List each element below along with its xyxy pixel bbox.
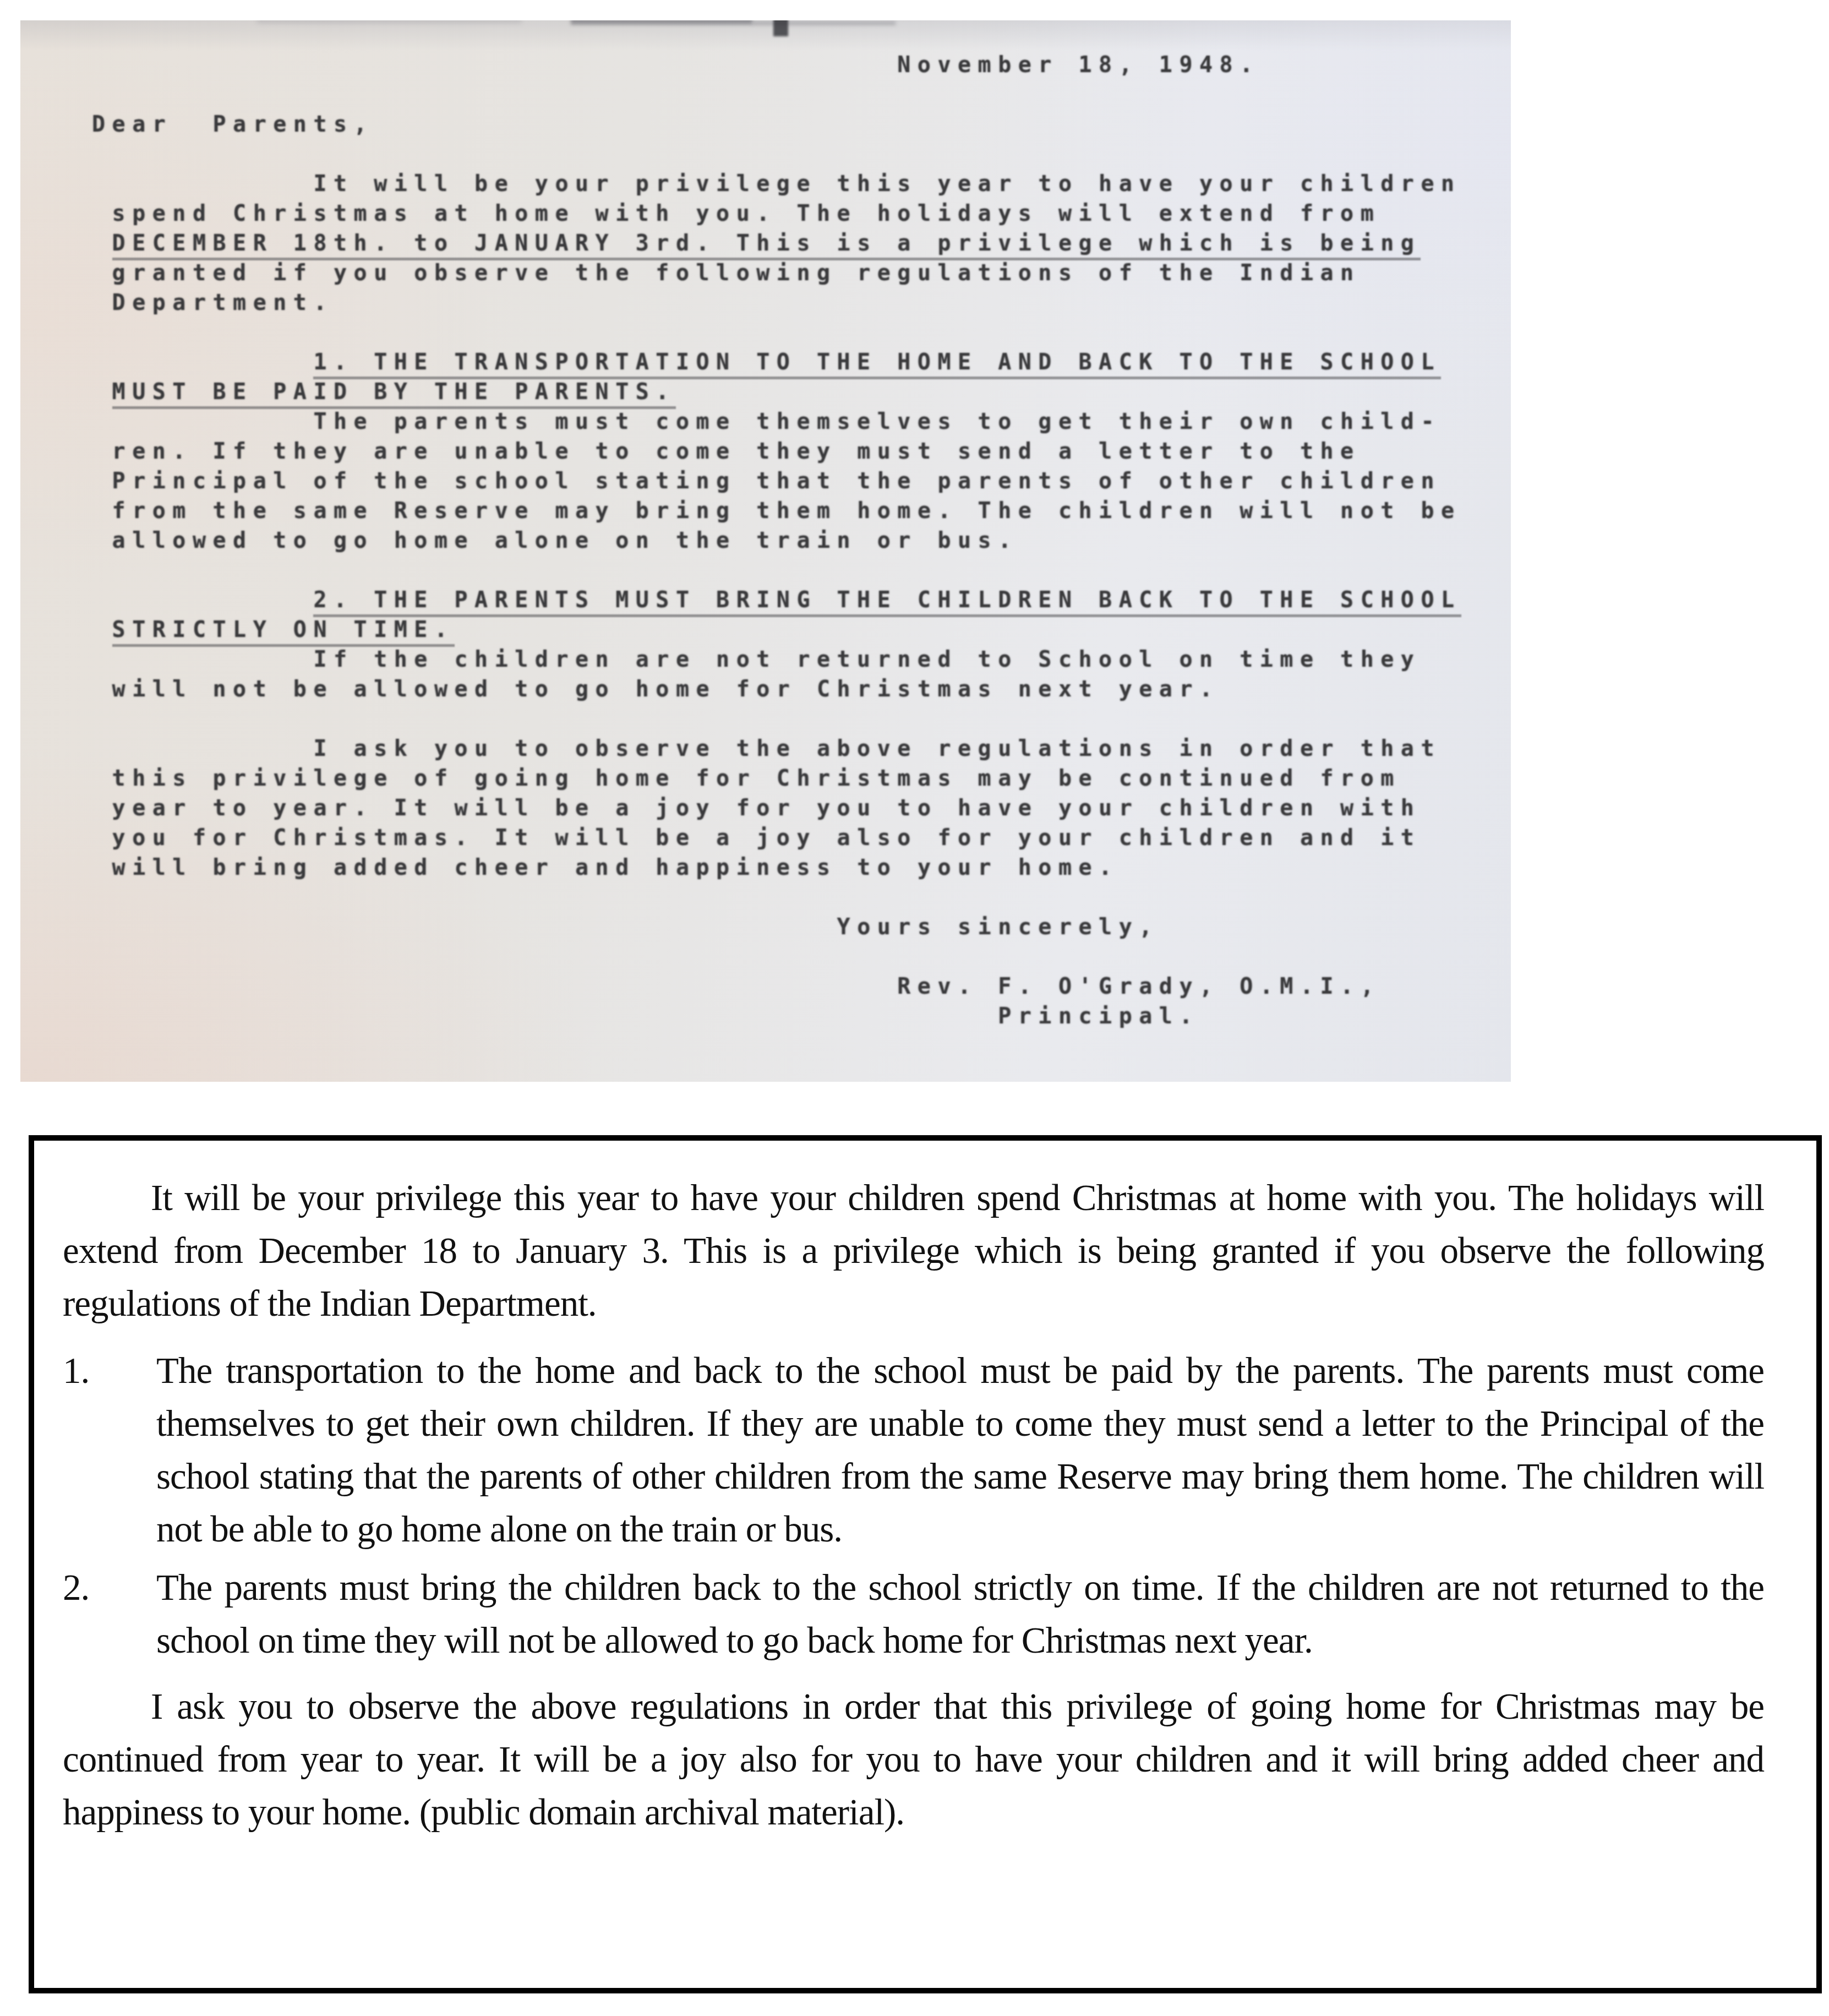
- letter-line: 1. THE TRANSPORTATION TO THE HOME AND BA…: [92, 350, 1494, 379]
- letter-line-text: spend Christmas at home with you. The ho…: [112, 201, 1381, 226]
- letter-line: It will be your privilege this year to h…: [92, 171, 1494, 201]
- letter-line: [92, 141, 1494, 171]
- letter-line-text: from the same Reserve may bring them hom…: [112, 498, 1461, 524]
- letter-line: Yours sincerely,: [92, 914, 1494, 944]
- letter-line: 2. THE PARENTS MUST BRING THE CHILDREN B…: [92, 587, 1494, 617]
- letter-line-indent: [92, 52, 897, 78]
- letter-line-indent: [92, 439, 112, 464]
- letter-line-text: granted if you observe the following reg…: [112, 260, 1361, 286]
- letter-line-text: year to year. It will be a joy for you t…: [112, 795, 1421, 821]
- letter-line: The parents must come themselves to get …: [92, 409, 1494, 439]
- transcription-box: It will be your privilege this year to h…: [29, 1135, 1822, 1993]
- letter-line-text: MUST BE PAID BY THE PARENTS.: [112, 379, 676, 409]
- letter-line-text: allowed to go home alone on the train or…: [112, 528, 1018, 553]
- letter-line: DECEMBER 18th. to JANUARY 3rd. This is a…: [92, 231, 1494, 260]
- letter-line-indent: [92, 171, 313, 197]
- transcription-list-item: 2. The parents must bring the children b…: [63, 1561, 1764, 1667]
- letter-line-indent: [92, 290, 112, 315]
- letter-line-text: Dear Parents,: [92, 112, 374, 137]
- letter-line: you for Christmas. It will be a joy also…: [92, 825, 1494, 855]
- letter-line-indent: [92, 974, 897, 999]
- letter-line: from the same Reserve may bring them hom…: [92, 498, 1494, 528]
- scan-artifact: [257, 20, 521, 23]
- letter-line: granted if you observe the following reg…: [92, 260, 1494, 290]
- letter-line: year to year. It will be a joy for you t…: [92, 795, 1494, 825]
- letter-line-text: Principal.: [998, 1004, 1199, 1029]
- letter-line-text: 2. THE PARENTS MUST BRING THE CHILDREN B…: [313, 587, 1461, 617]
- letter-line-indent: [92, 677, 112, 702]
- letter-line: Dear Parents,: [92, 112, 1494, 141]
- letter-line-text: November 18, 1948.: [897, 52, 1259, 78]
- letter-line-text: this privilege of going home for Christm…: [112, 766, 1401, 791]
- document-page: November 18, 1948. Dear Parents, It will…: [0, 0, 1829, 2016]
- letter-line-text: you for Christmas. It will be a joy also…: [112, 825, 1421, 851]
- letter-line: [92, 885, 1494, 914]
- letter-line-indent: [92, 617, 112, 642]
- transcription-paragraph-closing: I ask you to observe the above regulatio…: [63, 1680, 1764, 1839]
- letter-line-text: will bring added cheer and happiness to …: [112, 855, 1119, 880]
- letter-line-indent: [92, 260, 112, 286]
- scan-artifact: [773, 20, 788, 36]
- letter-line: [92, 558, 1494, 587]
- letter-line-text: DECEMBER 18th. to JANUARY 3rd. This is a…: [112, 231, 1421, 260]
- letter-line-text: STRICTLY ON TIME.: [112, 617, 455, 647]
- letter-line-indent: [92, 350, 313, 375]
- letter-line-text: Department.: [112, 290, 334, 315]
- letter-line-indent: [92, 587, 313, 613]
- list-item-text: The parents must bring the children back…: [156, 1561, 1764, 1667]
- letter-scan-image: November 18, 1948. Dear Parents, It will…: [20, 20, 1511, 1082]
- letter-line-indent: [92, 914, 837, 940]
- letter-line: Principal of the school stating that the…: [92, 468, 1494, 498]
- transcription-list: 1. The transportation to the home and ba…: [63, 1344, 1764, 1667]
- list-item-text: The transportation to the home and back …: [156, 1344, 1764, 1556]
- letter-line-indent: [92, 498, 112, 524]
- letter-line: this privilege of going home for Christm…: [92, 766, 1494, 795]
- letter-line-indent: [92, 825, 112, 851]
- letter-line-indent: [92, 855, 112, 880]
- letter-line-indent: [92, 795, 112, 821]
- letter-line: will not be allowed to go home for Chris…: [92, 677, 1494, 706]
- letter-line: MUST BE PAID BY THE PARENTS.: [92, 379, 1494, 409]
- letter-line-text: Yours sincerely,: [837, 914, 1159, 940]
- scan-artifact: [571, 20, 752, 25]
- letter-line-indent: [92, 766, 112, 791]
- transcription-paragraph-intro: It will be your privilege this year to h…: [63, 1172, 1764, 1330]
- letter-line: allowed to go home alone on the train or…: [92, 528, 1494, 558]
- letter-line-indent: [92, 1004, 998, 1029]
- letter-line: spend Christmas at home with you. The ho…: [92, 201, 1494, 231]
- letter-line-indent: [92, 201, 112, 226]
- letter-line-indent: [92, 379, 112, 405]
- letter-line-indent: [92, 468, 112, 494]
- letter-text: November 18, 1948. Dear Parents, It will…: [92, 52, 1494, 1033]
- letter-line: If the children are not returned to Scho…: [92, 647, 1494, 677]
- letter-line-text: Rev. F. O'Grady, O.M.I.,: [897, 974, 1380, 999]
- letter-line-indent: [92, 231, 112, 256]
- letter-line-indent: [92, 409, 313, 434]
- letter-line-indent: [92, 528, 112, 553]
- letter-line-text: will not be allowed to go home for Chris…: [112, 677, 1220, 702]
- letter-line: I ask you to observe the above regulatio…: [92, 736, 1494, 766]
- letter-line-text: 1. THE TRANSPORTATION TO THE HOME AND BA…: [313, 350, 1441, 379]
- letter-line: STRICTLY ON TIME.: [92, 617, 1494, 647]
- letter-line: November 18, 1948.: [92, 52, 1494, 82]
- letter-line: Principal.: [92, 1004, 1494, 1033]
- letter-line: [92, 706, 1494, 736]
- letter-line-indent: [92, 736, 313, 761]
- letter-line: Rev. F. O'Grady, O.M.I.,: [92, 974, 1494, 1004]
- list-item-number: 1.: [63, 1344, 156, 1556]
- letter-line: [92, 82, 1494, 112]
- letter-line-text: If the children are not returned to Scho…: [313, 647, 1421, 672]
- transcription-list-item: 1. The transportation to the home and ba…: [63, 1344, 1764, 1556]
- letter-line-text: I ask you to observe the above regulatio…: [313, 736, 1441, 761]
- letter-line: [92, 944, 1494, 974]
- letter-line-text: Principal of the school stating that the…: [112, 468, 1441, 494]
- letter-line-text: ren. If they are unable to come they mus…: [112, 439, 1361, 464]
- letter-line-indent: [92, 647, 313, 672]
- letter-line: will bring added cheer and happiness to …: [92, 855, 1494, 885]
- letter-line: [92, 320, 1494, 350]
- letter-line: ren. If they are unable to come they mus…: [92, 439, 1494, 468]
- letter-line-text: It will be your privilege this year to h…: [313, 171, 1461, 197]
- letter-line: Department.: [92, 290, 1494, 320]
- list-item-number: 2.: [63, 1561, 156, 1667]
- letter-line-text: The parents must come themselves to get …: [313, 409, 1441, 434]
